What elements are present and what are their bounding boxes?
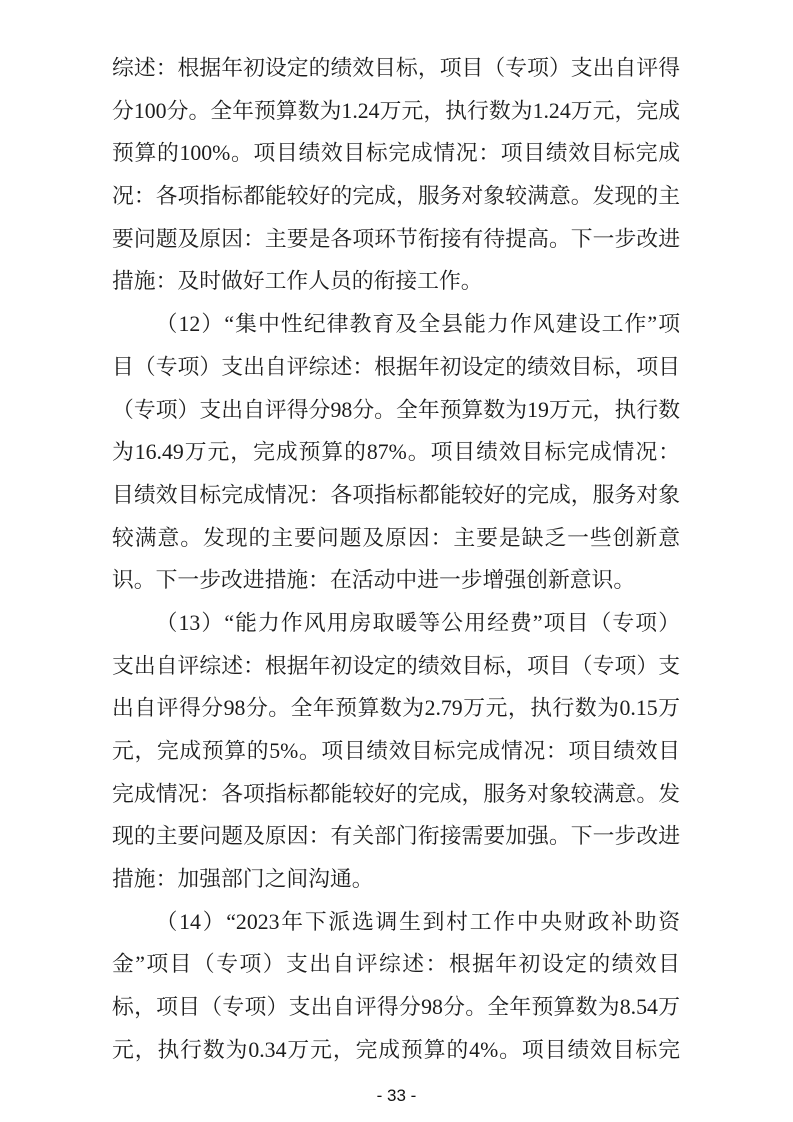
- text-line: （12）“集中性纪律教育及全县能力作风建设工作”项: [112, 303, 680, 346]
- text-line: 分100分。全年预算数为1.24万元，执行数为1.24万元，完成: [112, 90, 680, 133]
- text-line: 出自评得分98分。全年预算数为2.79万元，执行数为0.15万: [112, 687, 680, 730]
- paragraph: 综述：根据年初设定的绩效目标，项目（专项）支出自评得分100分。全年预算数为1.…: [112, 47, 680, 303]
- text-line: 完成情况：各项指标都能较好的完成，服务对象较满意。发: [112, 773, 680, 816]
- text-line: 标，项目（专项）支出自评得分98分。全年预算数为8.54万: [112, 986, 680, 1029]
- text-line: 较满意。发现的主要问题及原因：主要是缺乏一些创新意: [112, 517, 680, 560]
- text-line: 况：各项指标都能较好的完成，服务对象较满意。发现的主: [112, 175, 680, 218]
- paragraph: （13）“能力作风用房取暖等公用经费”项目（专项）支出自评综述：根据年初设定的绩…: [112, 602, 680, 901]
- text-line: 现的主要问题及原因：有关部门衔接需要加强。下一步改进: [112, 815, 680, 858]
- text-line: 元，执行数为0.34万元，完成预算的4%。项目绩效目标完成: [112, 1029, 680, 1072]
- text-line: 措施：及时做好工作人员的衔接工作。: [112, 260, 680, 303]
- document-body: 综述：根据年初设定的绩效目标，项目（专项）支出自评得分100分。全年预算数为1.…: [112, 47, 680, 1072]
- text-line: （13）“能力作风用房取暖等公用经费”项目（专项）: [112, 602, 680, 645]
- text-line: 预算的100%。项目绩效目标完成情况：项目绩效目标完成情: [112, 132, 680, 175]
- text-line: 支出自评综述：根据年初设定的绩效目标，项目（专项）支: [112, 645, 680, 688]
- page-number: - 33 -: [0, 1086, 793, 1106]
- text-line: 目绩效目标完成情况：各项指标都能较好的完成，服务对象: [112, 474, 680, 517]
- text-line: 为16.49万元，完成预算的87%。项目绩效目标完成情况：项: [112, 431, 680, 474]
- paragraph: （12）“集中性纪律教育及全县能力作风建设工作”项目（专项）支出自评综述：根据年…: [112, 303, 680, 602]
- text-line: （14）“2023年下派选调生到村工作中央财政补助资: [112, 901, 680, 944]
- text-line: 金”项目（专项）支出自评综述：根据年初设定的绩效目: [112, 943, 680, 986]
- text-line: （专项）支出自评得分98分。全年预算数为19万元，执行数: [112, 389, 680, 432]
- text-line: 目（专项）支出自评综述：根据年初设定的绩效目标，项目: [112, 346, 680, 389]
- text-line: 措施：加强部门之间沟通。: [112, 858, 680, 901]
- document-page: 综述：根据年初设定的绩效目标，项目（专项）支出自评得分100分。全年预算数为1.…: [0, 0, 793, 1122]
- text-line: 要问题及原因：主要是各项环节衔接有待提高。下一步改进: [112, 218, 680, 261]
- text-line: 识。下一步改进措施：在活动中进一步增强创新意识。: [112, 559, 680, 602]
- text-line: 元，完成预算的5%。项目绩效目标完成情况：项目绩效目标: [112, 730, 680, 773]
- paragraph: （14）“2023年下派选调生到村工作中央财政补助资金”项目（专项）支出自评综述…: [112, 901, 680, 1072]
- text-line: 综述：根据年初设定的绩效目标，项目（专项）支出自评得: [112, 47, 680, 90]
